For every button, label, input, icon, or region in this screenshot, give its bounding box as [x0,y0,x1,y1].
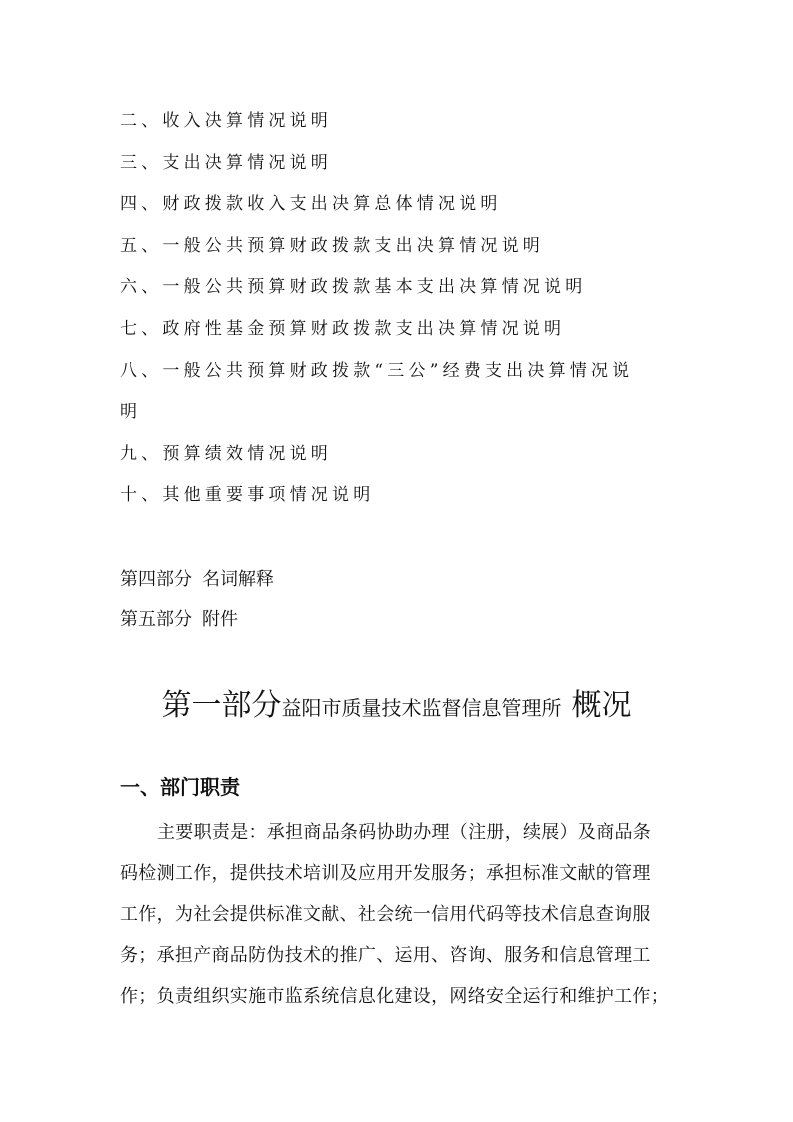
toc-item: 七、政府性基金预算财政拨款支出决算情况说明 [120,314,565,339]
chapter-suffix: 概况 [572,688,632,723]
toc-part-four: 第四部分名词解释 [120,565,274,591]
chapter-part: 第一部分 [162,688,282,723]
paragraph-line: 主要职责是：承担商品条码协助办理（注册，续展）及商品条 [157,818,717,844]
paragraph-line: 码检测工作，提供技术培训及应用开发服务；承担标准文献的管理 [120,859,680,885]
paragraph-line: 作；负责组织实施市监系统信息化建设，网络安全运行和维护工作； [120,982,680,1008]
toc-part-five: 第五部分附件 [120,605,238,631]
toc-item: 五、一般公共预算财政拨款支出决算情况说明 [120,231,544,256]
toc-item: 二、收入决算情况说明 [120,106,332,131]
toc-item: 四、财政拨款收入支出决算总体情况说明 [120,189,502,214]
chapter-organization: 益阳市质量技术监督信息管理所 [282,696,562,720]
toc-item-continuation: 明 [120,397,141,422]
toc-item: 六、一般公共预算财政拨款基本支出决算情况说明 [120,272,586,297]
toc-item: 九、预算绩效情况说明 [120,439,332,464]
toc-item: 八、一般公共预算财政拨款“三公”经费支出决算情况说 [120,356,633,381]
section-heading: 一、部门职责 [120,771,240,800]
toc-part-title: 名词解释 [202,569,274,590]
toc-item: 三、支出决算情况说明 [120,148,332,173]
toc-part-label: 第四部分 [120,569,192,590]
paragraph-line: 务；承担产商品防伪技术的推广、运用、咨询、服务和信息管理工 [120,941,680,967]
toc-part-title: 附件 [202,609,238,630]
toc-item: 十、其他重要事项情况说明 [120,480,374,505]
chapter-title: 第一部分益阳市质量技术监督信息管理所概况 [0,680,793,724]
toc-part-label: 第五部分 [120,609,192,630]
paragraph-line: 工作，为社会提供标准文献、社会统一信用代码等技术信息查询服 [120,900,680,926]
